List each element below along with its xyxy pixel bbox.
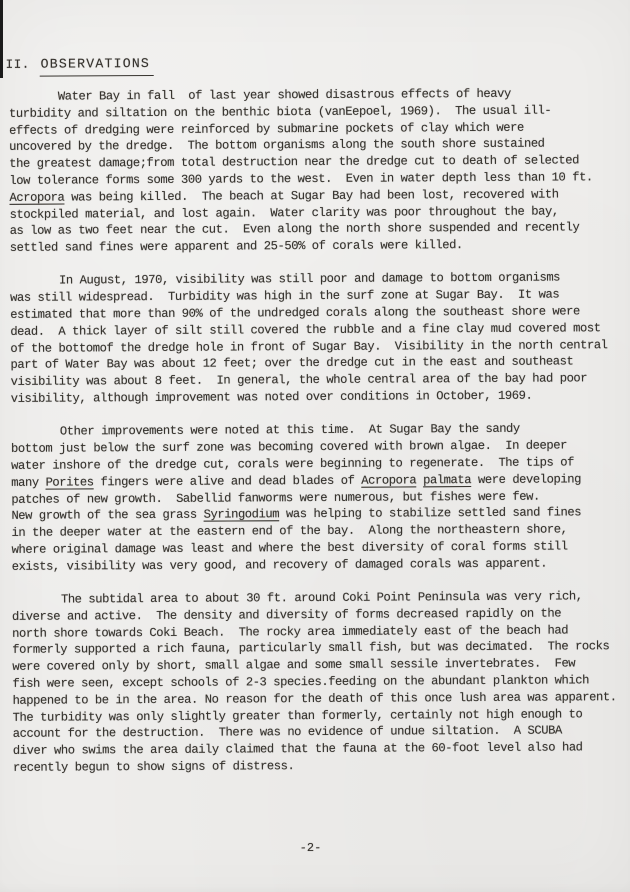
section-number: II. xyxy=(6,56,41,74)
underlined-term: palmata xyxy=(423,473,471,487)
scanned-document-page: II.OBSERVATIONS Water Bay in fall of las… xyxy=(0,0,630,892)
body-paragraphs: Water Bay in fall of last year showed di… xyxy=(9,85,630,793)
text-line: visibility, although improvement was not… xyxy=(11,387,628,408)
paragraph: Water Bay in fall of last year showed di… xyxy=(9,85,627,257)
paragraph: The subtidal area to about 30 ft. around… xyxy=(12,588,630,777)
underlined-term: Porites xyxy=(46,475,94,489)
paragraph: Other improvements were noted at this ti… xyxy=(11,420,629,575)
underlined-term: Syringodium xyxy=(204,508,280,522)
page-number: -2- xyxy=(2,839,618,857)
text-line: recently begun to show signs of distress… xyxy=(13,756,630,777)
underlined-term: Acropora xyxy=(9,190,64,204)
page-content: II.OBSERVATIONS Water Bay in fall of las… xyxy=(0,0,630,892)
text-line: exists, visibility was very good, and re… xyxy=(12,555,629,576)
paragraph: In August, 1970, visibility was still po… xyxy=(10,270,628,408)
underlined-term: Acropora xyxy=(361,473,416,487)
section-title: OBSERVATIONS xyxy=(40,55,155,77)
text-line: settled sand fines were apparent and 25-… xyxy=(10,236,627,257)
